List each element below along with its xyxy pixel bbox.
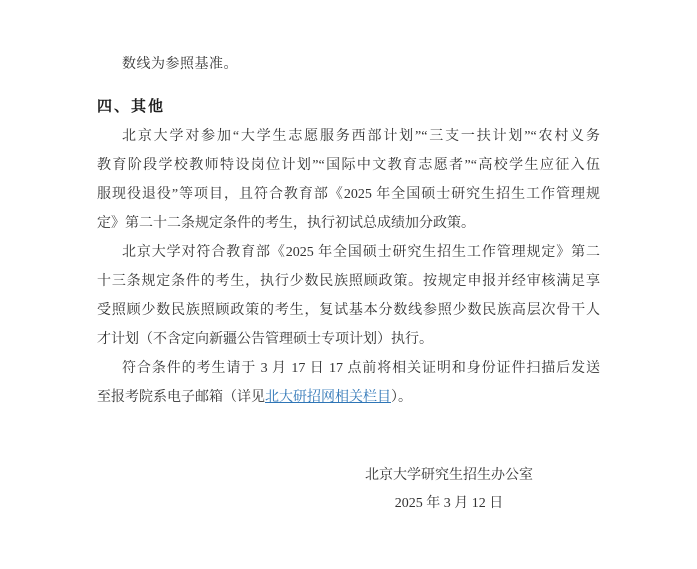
paragraph-line: 才计划（不含定向新疆公告管理硕士专项计划）执行。 [97, 325, 600, 354]
signature-date: 2025 年 3 月 12 日 [365, 490, 533, 518]
paragraph-deadline: 符合条件的考生请于 3 月 17 日 17 点前将相关证明和身份证件扫描后发送 … [97, 354, 600, 412]
paragraph-minority-policy: 北京大学对符合教育部《2025 年全国硕士研究生招生工作管理规定》第二 十三条规… [97, 238, 600, 354]
paragraph-line: 十三条规定条件的考生，执行少数民族照顾政策。按规定申报并经审核满足享 [97, 267, 600, 296]
paragraph-line: 至报考院系电子邮箱（详见北大研招网相关栏目）。 [97, 383, 600, 412]
paragraph-line: 受照顾少数民族照顾政策的考生，复试基本分数线参照少数民族高层次骨干人 [97, 296, 600, 325]
paragraph-line: 教育阶段学校教师特设岗位计划”“国际中文教育志愿者”“高校学生应征入伍 [97, 151, 600, 180]
deadline-text-before-link: 至报考院系电子邮箱（详见 [97, 390, 265, 405]
paragraph-line: 北京大学对符合教育部《2025 年全国硕士研究生招生工作管理规定》第二 [97, 238, 600, 267]
document-body: 数线为参照基准。 四、其他 北京大学对参加“大学生志愿服务西部计划”“三支一扶计… [97, 50, 600, 518]
grad-admissions-site-link[interactable]: 北大研招网相关栏目 [265, 390, 391, 405]
continuation-text: 数线为参照基准。 [97, 50, 600, 80]
paragraph-line: 符合条件的考生请于 3 月 17 日 17 点前将相关证明和身份证件扫描后发送 [97, 354, 600, 383]
paragraph-line: 服现役退役”等项目，且符合教育部《2025 年全国硕士研究生招生工作管理规 [97, 180, 600, 209]
deadline-text-after-link: ）。 [391, 390, 412, 405]
paragraph-line: 北京大学对参加“大学生志愿服务西部计划”“三支一扶计划”“农村义务 [97, 122, 600, 151]
signature-block: 北京大学研究生招生办公室 2025 年 3 月 12 日 [365, 462, 533, 518]
signature-organization: 北京大学研究生招生办公室 [365, 462, 533, 490]
section-heading: 四、其他 [97, 92, 600, 122]
paragraph-line: 定》第二十二条规定条件的考生，执行初试总成绩加分政策。 [97, 209, 600, 238]
document-page: 数线为参照基准。 四、其他 北京大学对参加“大学生志愿服务西部计划”“三支一扶计… [0, 0, 697, 569]
paragraph-bonus-policy: 北京大学对参加“大学生志愿服务西部计划”“三支一扶计划”“农村义务 教育阶段学校… [97, 122, 600, 238]
